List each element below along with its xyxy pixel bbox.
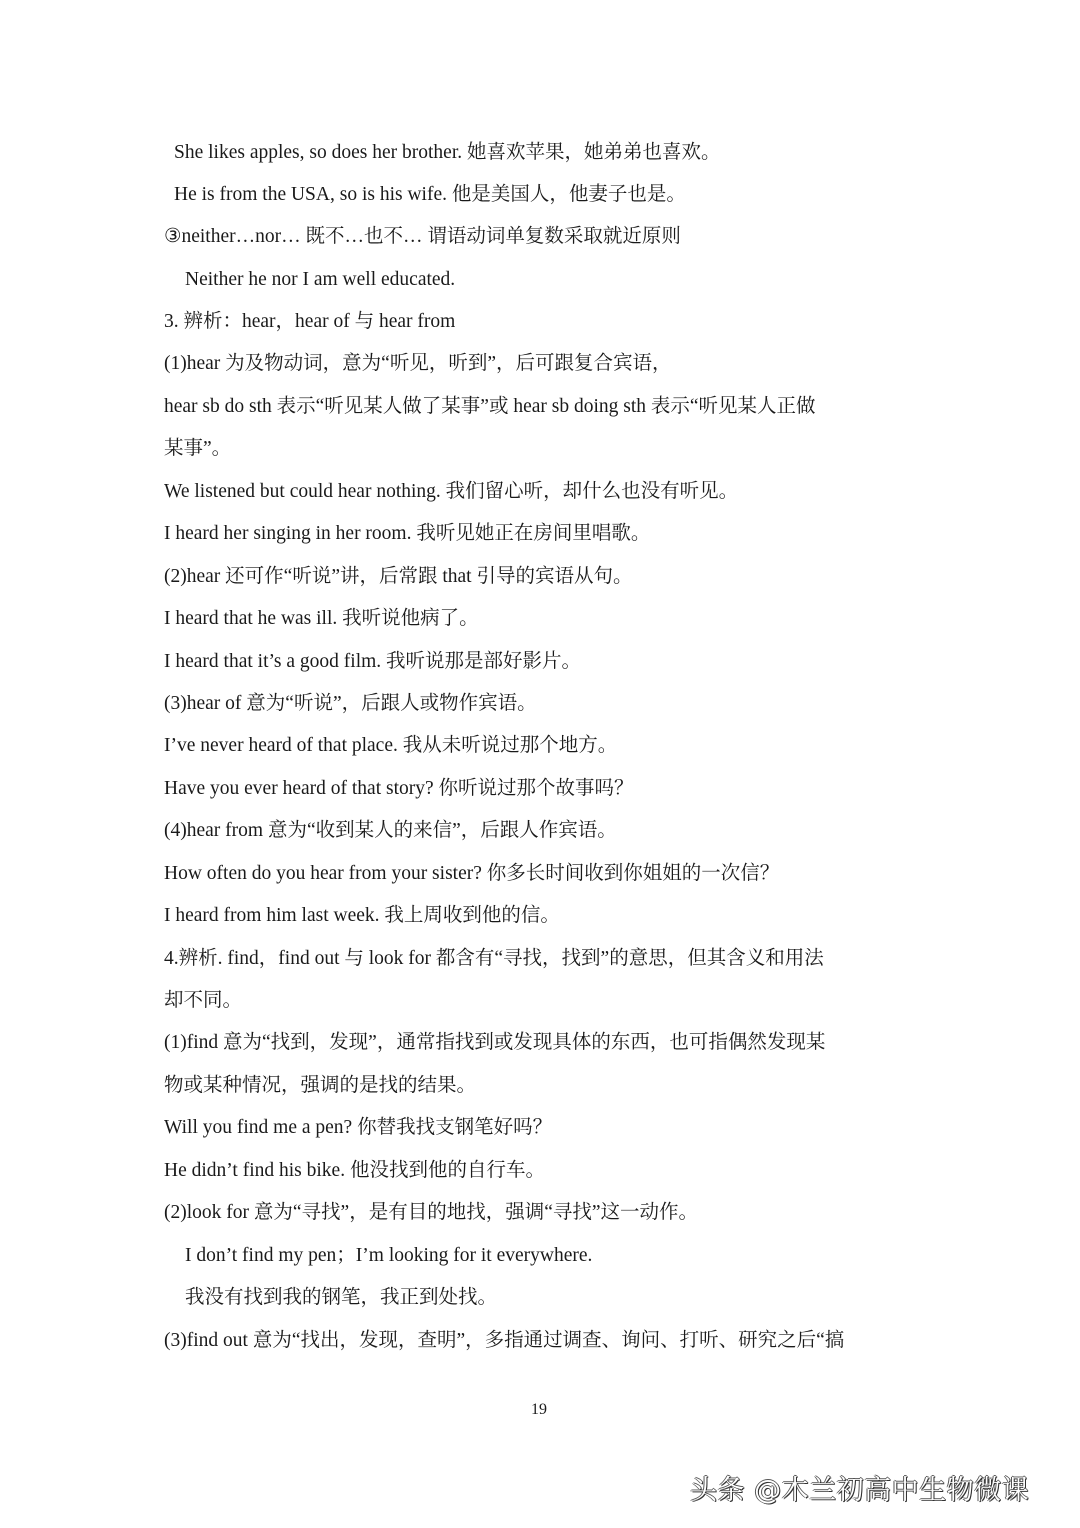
text-line: 物或某种情况，强调的是找的结果。 [164,1074,476,1098]
text-line: He is from the USA, so is his wife. 他是美国… [174,183,686,207]
example-sentence: Neither he nor I am well educated. [185,268,455,292]
text-line: 某事”。 [164,437,231,461]
text-line: hear sb do sth 表示“听见某人做了某事”或 hear sb doi… [164,395,816,419]
example-sentence: We listened but could hear nothing. 我们留心… [164,480,738,504]
watermark: 头条 @木兰初高中生物微课 [690,1474,1029,1508]
text-line: (2)hear 还可作“听说”讲，后常跟 that 引导的宾语从句。 [164,565,632,589]
document-page: She likes apples, so does her brother. 她… [0,0,1080,1528]
section-heading: 4.辨析. find，find out 与 look for 都含有“寻找，找到… [164,947,824,971]
example-sentence: How often do you hear from your sister? … [164,862,779,886]
text-line: (3)hear of 意为“听说”，后跟人或物作宾语。 [164,692,537,716]
example-sentence: I heard her singing in her room. 我听见她正在房… [164,522,650,546]
example-sentence: I heard that he was ill. 我听说他病了。 [164,607,479,631]
example-sentence: He didn’t find his bike. 他没找到他的自行车。 [164,1159,545,1183]
section-heading: 3. 辨析：hear，hear of 与 hear from [164,310,455,334]
example-sentence: I’ve never heard of that place. 我从未听说过那个… [164,734,617,758]
example-sentence: Have you ever heard of that story? 你听说过那… [164,777,634,801]
example-sentence: Will you find me a pen? 你替我找支钢笔好吗？ [164,1116,552,1140]
example-sentence: I heard from him last week. 我上周收到他的信。 [164,904,560,928]
text-line: She likes apples, so does her brother. 她… [174,141,721,165]
text-line: (2)look for 意为“寻找”，是有目的地找，强调“寻找”这一动作。 [164,1201,698,1225]
text-line: 却不同。 [164,989,242,1013]
example-translation: 我没有找到我的钢笔，我正到处找。 [185,1286,497,1310]
example-sentence: I don’t find my pen；I’m looking for it e… [185,1244,592,1268]
text-line: (3)find out 意为“找出，发现，查明”，多指通过调查、询问、打听、研究… [164,1329,844,1353]
text-line: (1)find 意为“找到，发现”，通常指找到或发现具体的东西，也可指偶然发现某 [164,1031,825,1055]
text-line: (1)hear 为及物动词，意为“听见，听到”，后可跟复合宾语， [164,352,671,376]
list-item-heading: ③neither…nor… 既不…也不… 谓语动词单复数采取就近原则 [164,225,681,249]
example-sentence: I heard that it’s a good film. 我听说那是部好影片… [164,650,581,674]
text-line: (4)hear from 意为“收到某人的来信”，后跟人作宾语。 [164,819,617,843]
page-number: 19 [531,1400,547,1420]
